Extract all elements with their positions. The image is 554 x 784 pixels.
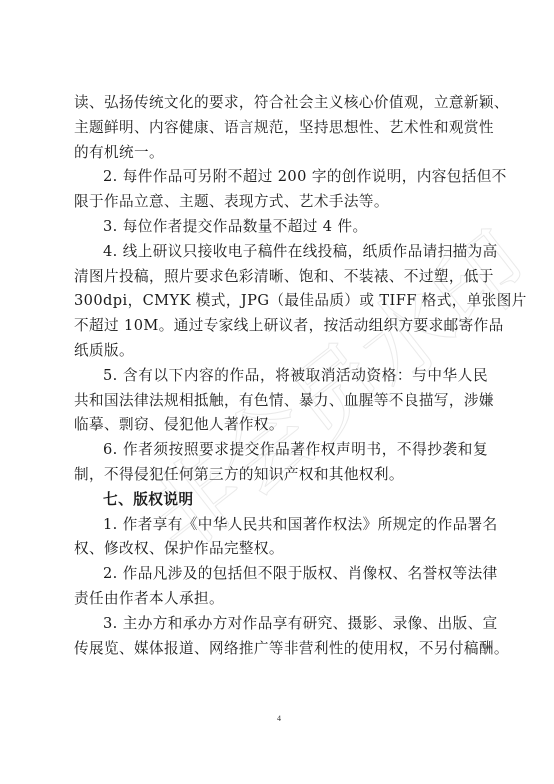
text-line: 责任由作者本人承担。 (74, 587, 488, 612)
text-line-copyright-3: 3. 主办方和承办方对作品享有研究、摄影、录像、出版、宣 (74, 612, 488, 637)
text-line: 权、修改权、保护作品完整权。 (74, 537, 488, 562)
page-number: 4 (274, 714, 284, 723)
document-page: 非会员水印 读、弘扬传统文化的要求，符合社会主义核心价值观，立意新颖、 主题鲜明… (0, 0, 554, 784)
text-line: 主题鲜明、内容健康、语言规范，坚持思想性、艺术性和观赏性 (74, 116, 488, 141)
text-line-item-6: 6. 作者须按照要求提交作品著作权声明书，不得抄袭和复 (74, 438, 488, 463)
text-line: 的有机统一。 (74, 141, 488, 166)
text-line: 读、弘扬传统文化的要求，符合社会主义核心价值观，立意新颖、 (74, 91, 488, 116)
text-line: 清图片投稿，照片要求色彩清晰、饱和、不装裱、不过塑，低于 (74, 265, 488, 290)
text-line: 纸质版。 (74, 339, 488, 364)
text-line: 限于作品立意、主题、表现方式、艺术手法等。 (74, 190, 488, 215)
section-heading-copyright: 七、版权说明 (74, 488, 488, 513)
text-line-item-2: 2. 每件作品可另附不超过 200 字的创作说明，内容包括但不 (74, 165, 488, 190)
text-line: 传展览、媒体报道、网络推广等非营利性的使用权，不另付稿酬。 (74, 637, 488, 662)
body-text: 读、弘扬传统文化的要求，符合社会主义核心价值观，立意新颖、 主题鲜明、内容健康、… (74, 91, 488, 661)
text-line-item-5: 5. 含有以下内容的作品，将被取消活动资格：与中华人民 (74, 364, 488, 389)
text-line-copyright-1: 1. 作者享有《中华人民共和国著作权法》所规定的作品署名 (74, 513, 488, 538)
text-line: 不超过 10M。通过专家线上研议者，按活动组织方要求邮寄作品 (74, 314, 488, 339)
text-line-item-3: 3. 每位作者提交作品数量不超过 4 件。 (74, 215, 488, 240)
text-line: 临摹、剽窃、侵犯他人著作权。 (74, 413, 488, 438)
text-line-item-4: 4. 线上研议只接收电子稿件在线投稿，纸质作品请扫描为高 (74, 240, 488, 265)
text-line: 共和国法律法规相抵触，有色情、暴力、血腥等不良描写，涉嫌 (74, 389, 488, 414)
text-line-copyright-2: 2. 作品凡涉及的包括但不限于版权、肖像权、名誉权等法律 (74, 562, 488, 587)
text-line: 制，不得侵犯任何第三方的知识产权和其他权利。 (74, 463, 488, 488)
text-line: 300dpi，CMYK 模式，JPG（最佳品质）或 TIFF 格式，单张图片 (74, 289, 488, 314)
